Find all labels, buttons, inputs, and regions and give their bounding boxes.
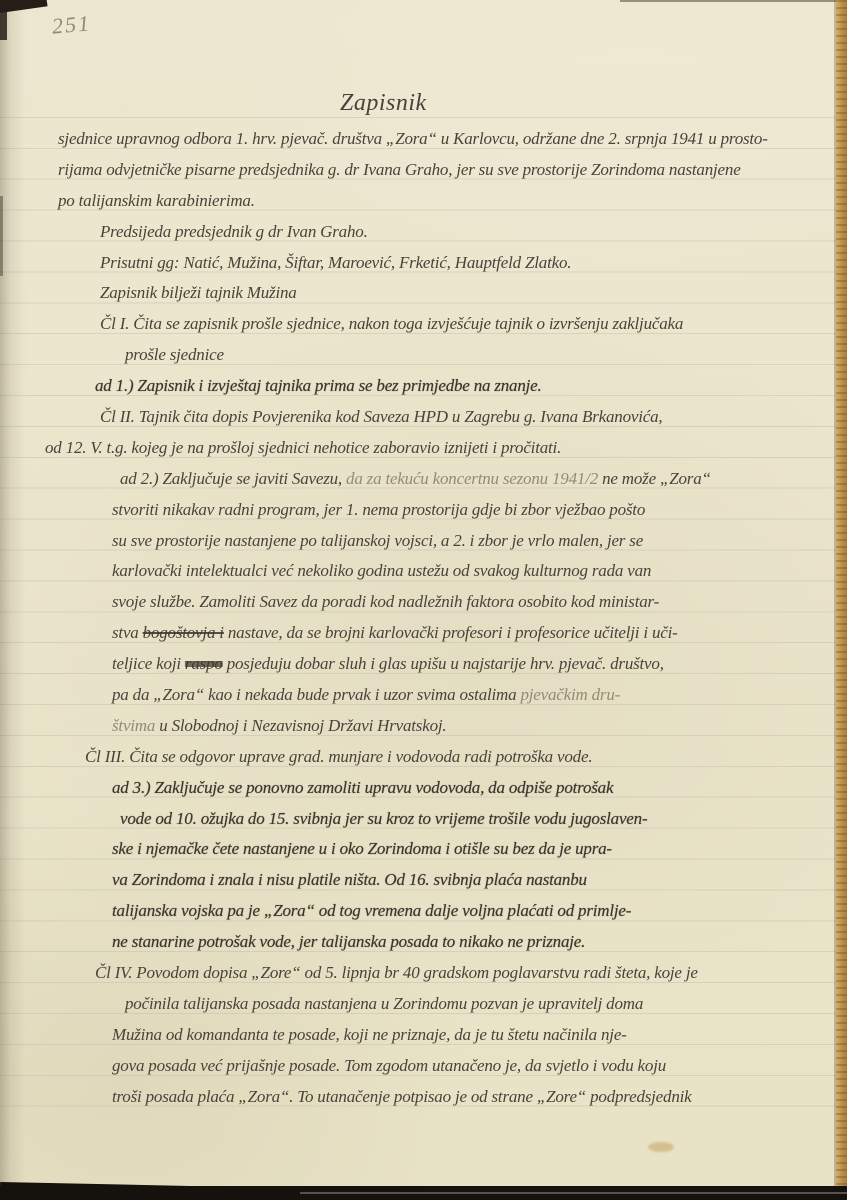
handwritten-text: va Zorindoma i znala i nisu platile ništ… — [112, 870, 587, 889]
manuscript-line: pa da „Zora“ kao i nekada bude prvak i u… — [0, 680, 847, 711]
handwritten-text: pjevačkim dru- — [520, 685, 620, 704]
manuscript-line: od 12. V. t.g. kojeg je na prošloj sjedn… — [0, 433, 847, 464]
handwritten-text: štvima — [112, 716, 155, 735]
handwritten-text: sjednice upravnog odbora 1. hrv. pjevač.… — [58, 129, 768, 148]
manuscript-line: Zapisnik bilježi tajnik Mužina — [0, 278, 847, 309]
page-stack-edge — [836, 0, 847, 1192]
manuscript-line: su sve prostorije nastanjene po talijans… — [0, 526, 847, 557]
manuscript-line: ne stanarine potrošak vode, jer talijans… — [0, 927, 847, 958]
manuscript-line: Prisutni gg: Natić, Mužina, Šiftar, Maro… — [0, 248, 847, 279]
struck-text: bogoštovja i — [143, 623, 224, 642]
binding-sliver — [0, 196, 3, 276]
handwritten-text: nastave, da se brojni karlovački profeso… — [224, 623, 678, 642]
handwritten-text: Čl III. Čita se odgovor uprave grad. mun… — [85, 747, 592, 766]
manuscript-line: sjednice upravnog odbora 1. hrv. pjevač.… — [0, 124, 847, 155]
handwritten-text: troši posada plaća „Zora“. To utanačenje… — [112, 1087, 692, 1106]
handwritten-text: ad 2.) Zaključuje se javiti Savezu, — [120, 469, 346, 488]
handwritten-text: Čl II. Tajnik čita dopis Povjerenika kod… — [100, 407, 662, 426]
handwritten-text: vode od 10. ožujka do 15. svibnja jer su… — [120, 809, 647, 828]
manuscript-line: gova posada već prijašnje posade. Tom zg… — [0, 1051, 847, 1082]
manuscript-line: Čl II. Tajnik čita dopis Povjerenika kod… — [0, 402, 847, 433]
handwritten-text: karlovački intelektualci već nekoliko go… — [112, 561, 651, 580]
paper-stain — [648, 1142, 674, 1152]
handwritten-text: ne može „Zora“ — [598, 469, 711, 488]
handwritten-text: da za tekuću koncertnu sezonu 1941/2 — [346, 469, 598, 488]
handwritten-text: po talijanskim karabinierima. — [58, 191, 255, 210]
handwritten-text: Čl IV. Povodom dopisa „Zore“ od 5. lipnj… — [95, 963, 698, 982]
handwritten-text: stva — [112, 623, 143, 642]
handwritten-text: počinila talijanska posada nastanjena u … — [125, 994, 643, 1013]
handwritten-text: ne stanarine potrošak vode, jer talijans… — [112, 932, 585, 951]
page-number: 251 — [51, 10, 92, 39]
manuscript-line: svoje službe. Zamoliti Savez da poradi k… — [0, 587, 847, 618]
manuscript-line: rijama odvjetničke pisarne predsjednika … — [0, 155, 847, 186]
manuscript-line: stva bogoštovja i nastave, da se brojni … — [0, 618, 847, 649]
handwritten-text: u Slobodnoj i Nezavisnoj Državi Hrvatsko… — [155, 716, 446, 735]
handwritten-text: od 12. V. t.g. kojeg je na prošloj sjedn… — [45, 438, 561, 457]
handwritten-text: prošle sjednice — [125, 345, 224, 364]
manuscript-line: talijanska vojska pa je „Zora“ od tog vr… — [0, 896, 847, 927]
manuscript-lines: sjednice upravnog odbora 1. hrv. pjevač.… — [0, 124, 847, 1113]
handwritten-text: pa da „Zora“ kao i nekada bude prvak i u… — [112, 685, 520, 704]
manuscript-line: po talijanskim karabinierima. — [0, 186, 847, 217]
notebook-page: 251 Zapisnik sjednice upravnog odbora 1.… — [0, 0, 847, 1200]
manuscript-line: teljice koji raspo posjeduju dobar sluh … — [0, 649, 847, 680]
handwritten-text: Prisutni gg: Natić, Mužina, Šiftar, Maro… — [100, 253, 571, 272]
manuscript-line: štvima u Slobodnoj i Nezavisnoj Državi H… — [0, 711, 847, 742]
handwritten-text: Predsijeda predsjednik g dr Ivan Graho. — [100, 222, 368, 241]
manuscript-line: Predsijeda predsjednik g dr Ivan Graho. — [0, 217, 847, 248]
scan-top-edge — [620, 0, 847, 2]
handwritten-text: Zapisnik bilježi tajnik Mužina — [100, 283, 297, 302]
handwritten-text: svoje službe. Zamoliti Savez da poradi k… — [112, 592, 659, 611]
manuscript-line: počinila talijanska posada nastanjena u … — [0, 989, 847, 1020]
handwritten-text: ad 3.) Zaključuje se ponovno zamoliti up… — [112, 778, 613, 797]
handwritten-text: stvoriti nikakav radni program, jer 1. n… — [112, 500, 645, 519]
manuscript-line: ad 1.) Zapisnik i izvještaj tajnika prim… — [0, 371, 847, 402]
page-title: Zapisnik — [340, 90, 427, 117]
manuscript-line: Čl III. Čita se odgovor uprave grad. mun… — [0, 742, 847, 773]
manuscript-line: prošle sjednice — [0, 340, 847, 371]
handwritten-text: teljice koji — [112, 654, 185, 673]
manuscript-line: ske i njemačke čete nastanjene u i oko Z… — [0, 834, 847, 865]
manuscript-line: Čl I. Čita se zapisnik prošle sjednice, … — [0, 309, 847, 340]
struck-text: raspo — [185, 654, 223, 673]
manuscript-line: ad 3.) Zaključuje se ponovno zamoliti up… — [0, 773, 847, 804]
handwritten-text: Čl I. Čita se zapisnik prošle sjednice, … — [100, 314, 683, 333]
manuscript-line: stvoriti nikakav radni program, jer 1. n… — [0, 495, 847, 526]
handwritten-text: gova posada već prijašnje posade. Tom zg… — [112, 1056, 666, 1075]
handwritten-text: talijanska vojska pa je „Zora“ od tog vr… — [112, 901, 631, 920]
handwritten-text: Mužina od komandanta te posade, koji ne … — [112, 1025, 627, 1044]
page-left-edge-shadow — [0, 0, 26, 1200]
manuscript-line: vode od 10. ožujka do 15. svibnja jer su… — [0, 804, 847, 835]
handwritten-text: ad 1.) Zapisnik i izvještaj tajnika prim… — [95, 376, 542, 395]
manuscript-line: troši posada plaća „Zora“. To utanačenje… — [0, 1082, 847, 1113]
handwritten-text: su sve prostorije nastanjene po talijans… — [112, 531, 643, 550]
manuscript-line: Čl IV. Povodom dopisa „Zore“ od 5. lipnj… — [0, 958, 847, 989]
handwritten-text: rijama odvjetničke pisarne predsjednika … — [58, 160, 741, 179]
manuscript-line: Mužina od komandanta te posade, koji ne … — [0, 1020, 847, 1051]
handwritten-text: posjeduju dobar sluh i glas upišu u najs… — [223, 654, 664, 673]
manuscript-line: va Zorindoma i znala i nisu platile ništ… — [0, 865, 847, 896]
manuscript-line: karlovački intelektualci već nekoliko go… — [0, 556, 847, 587]
book-bottom-highlight — [300, 1192, 847, 1194]
handwritten-text: ske i njemačke čete nastanjene u i oko Z… — [112, 839, 612, 858]
manuscript-line: ad 2.) Zaključuje se javiti Savezu, da z… — [0, 464, 847, 495]
